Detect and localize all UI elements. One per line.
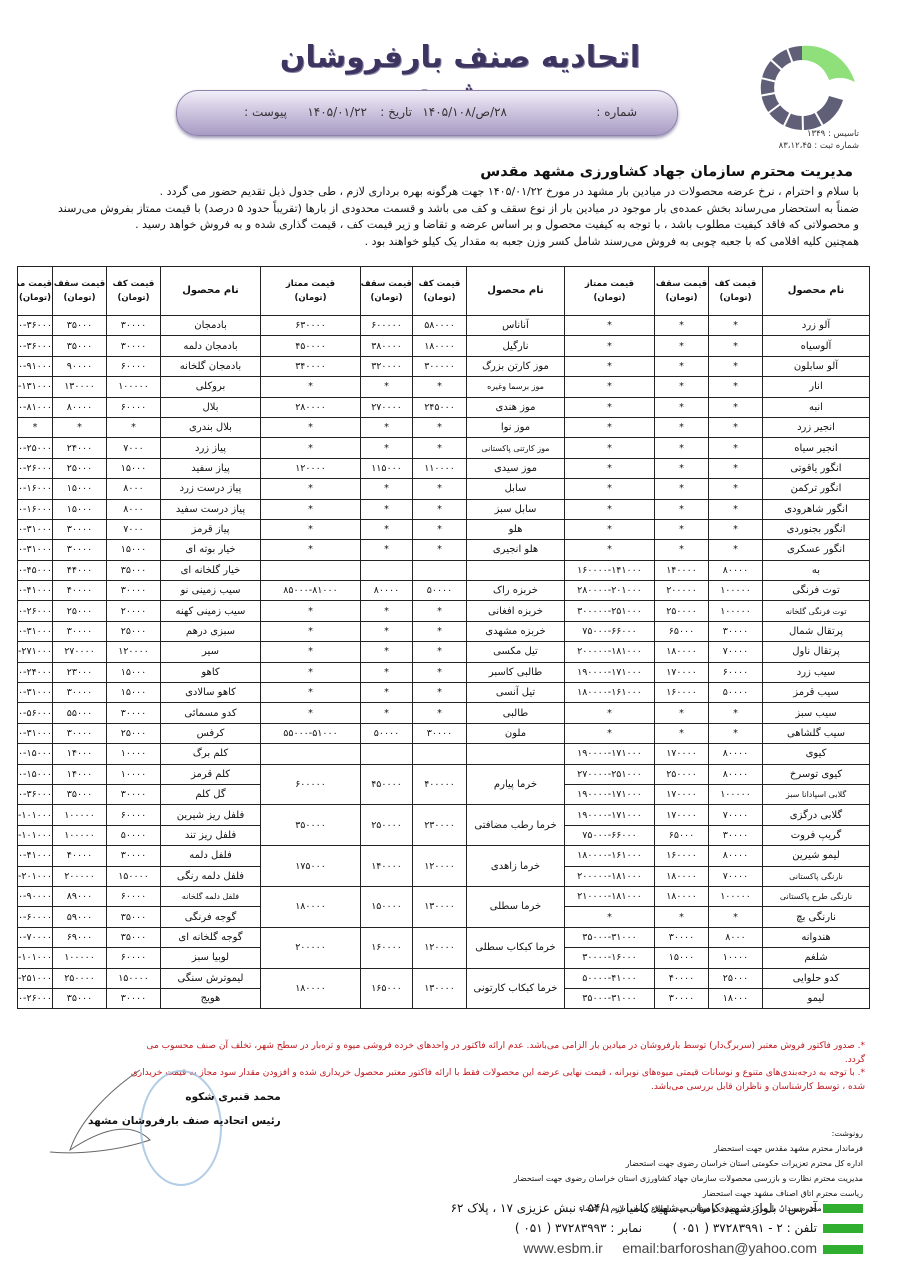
price-cell: ۵۰۰۰۰ [413,581,467,601]
price-cell: ۴۴۰۰۰ [53,560,107,580]
product-name: خرما رطب مضافتی [467,805,565,846]
price-cell: * [361,417,413,437]
price-cell: ۱۵۰۰۰ [655,948,709,968]
price-cell: ۱۷۵۰۰۰ [261,846,361,887]
price-cell: ۱۲۰۰۰۰ [413,927,467,968]
price-cell: ۳۰۰۰۰ [107,316,161,336]
price-cell: * [565,703,655,723]
table-row: گلابی درگزی۷۰۰۰۰۱۷۰۰۰۰۱۹۰۰۰۰-۱۷۱۰۰۰خرما … [18,805,870,825]
price-cell: ۳۵۰۰۰ [53,336,107,356]
price-cell: ۶۰۰۰۰ [107,948,161,968]
product-name: کدو مسمائی [161,703,261,723]
price-cell: * [709,540,763,560]
header-label: قیمت کف [419,279,461,289]
table-row: به۸۰۰۰۰۱۴۰۰۰۰۱۶۰۰۰۰-۱۴۱۰۰۰خیار گلخانه ای… [18,560,870,580]
price-cell: ۳۰۰۰۰-۱۶۰۰۰ [565,948,655,968]
date-label: تاریخ : [380,105,412,119]
price-cell: ۱۸۰۰۰-۱۵۰۰۰ [18,744,53,764]
price-cell: ۲۵۰۰۰ [709,968,763,988]
phone: تلفن : ۲ - ۳۷۲۸۳۹۹۱ ( ۰۵۱ ) [673,1221,817,1235]
price-cell: ۱۳۰۰۰۰ [413,968,467,1009]
price-cell: ۳۵۰۰۰-۳۱۰۰۰ [565,988,655,1008]
header-a-premium: قیمت ممتاز(تومان) [565,267,655,316]
website-link[interactable]: www.esbm.ir [523,1240,602,1256]
price-cell: ۷۰۰۰ [107,438,161,458]
header-unit: (تومان) [720,293,752,303]
price-cell: ۱۰۰۰۰۰ [709,601,763,621]
price-cell: * [565,907,655,927]
price-cell: * [361,601,413,621]
footnote: *. صدور فاکتور فروش معتبر (سربرگ‌دار) تو… [130,1040,865,1067]
price-cell: * [413,621,467,641]
header-unit: (تومان) [64,293,96,303]
price-cell: * [53,417,107,437]
price-cell: ۱۸۰۰۰-۱۵۰۰۰ [18,764,53,784]
price-cell: ۲۰۰۰۰-۱۶۰۰۰ [18,479,53,499]
price-cell: ۱۰۰۰۰۰ [709,886,763,906]
table-row: انار***موز برسما وغیره***بروکلی۱۰۰۰۰۰۱۳۰… [18,377,870,397]
product-name: گوجه گلخانه ای [161,927,261,947]
product-name: نارگیل [467,336,565,356]
price-cell: ۱۵۰۰۰۰ [107,866,161,886]
header-label: قیمت سقف [361,279,412,289]
product-name: انبه [763,397,870,417]
product-name: تیل آنسی [467,683,565,703]
price-cell: * [655,907,709,927]
product-name: آلو زرد [763,316,870,336]
price-cell: ۶۰۰۰۰ [107,886,161,906]
product-name: کدو حلوایی [763,968,870,988]
product-name: لوبیا سبز [161,948,261,968]
price-cell: * [413,540,467,560]
product-name: گل کلم [161,784,261,804]
price-cell: ۱۷۰۰۰۰ [655,662,709,682]
price-cell: ۳۰۰۰۰ [709,825,763,845]
price-cell: ۱۷۰۰۰۰ [655,744,709,764]
price-cell: ۱۹۰۰۰۰-۱۷۱۰۰۰ [565,784,655,804]
product-name: فلفل دلمه رنگی [161,866,261,886]
price-cell: * [655,336,709,356]
product-name: کرفس [161,723,261,743]
price-cell: ۱۸۰۰۰۰ [413,336,467,356]
price-cell: * [261,683,361,703]
product-name: سیب قرمز [763,683,870,703]
product-name: پیاز درست سفید [161,499,261,519]
price-cell: ۷۰۰۰۰ [709,805,763,825]
cc-item: مدیریت محترم نظارت و بازرسی محصولات سازم… [514,1171,863,1186]
price-cell: * [261,438,361,458]
recipient-line: مدیریت محترم سازمان جهاد کشاورزی مشهد مق… [480,164,853,180]
table-row: کیوی توسرخ۸۰۰۰۰۲۵۰۰۰۰۲۷۰۰۰۰-۲۵۱۰۰۰خرما پ… [18,764,870,784]
price-cell: ۱۷۰۰۰۰ [655,784,709,804]
table-row: سیب زرد۶۰۰۰۰۱۷۰۰۰۰۱۹۰۰۰۰-۱۷۱۰۰۰طالبی کاس… [18,662,870,682]
price-cell: ۲۰۰۰۰-۱۶۰۰۰ [18,499,53,519]
price-cell: * [413,377,467,397]
header-label: قیمت ممتاز [585,279,634,289]
price-cell: ۸۰۰۰ [107,499,161,519]
price-cell: * [709,356,763,376]
price-cell: ۱۰۰۰۰۰-۹۱۰۰۰ [18,356,53,376]
price-cell: ۴۰۰۰۰ [53,581,107,601]
product-name: سبزی درهم [161,621,261,641]
header-label: نام محصول [182,285,239,296]
product-name: کیوی توسرخ [763,764,870,784]
price-cell: ۲۸۰۰۰۰-۲۰۱۰۰۰ [565,581,655,601]
price-cell: ۳۵۰۰۰ [107,907,161,927]
price-cell: * [413,601,467,621]
header-c-premium: قیمت ممتاز(تومان) [18,267,53,316]
price-cell: * [709,336,763,356]
price-cell: * [107,417,161,437]
price-cell: ۴۵۰۰۰۰ [261,336,361,356]
price-cell: ۱۸۰۰۰۰ [261,968,361,1009]
header-unit: (تومان) [118,293,150,303]
product-name: انگور یاقوتی [763,458,870,478]
price-cell: ۴۵۰۰۰-۳۶۰۰۰ [18,336,53,356]
product-name: انجیر زرد [763,417,870,437]
price-cell: * [361,479,413,499]
price-cell: ۹۰۰۰۰-۸۱۰۰۰ [18,397,53,417]
header-unit: (تومان) [295,293,327,303]
product-name: فلفل ریز تند [161,825,261,845]
price-cell: * [565,377,655,397]
product-name: انگور ترکمن [763,479,870,499]
price-cell: * [655,703,709,723]
price-cell: ۶۰۰۰۰۰ [361,316,413,336]
price-cell: * [565,723,655,743]
price-cell: ۱۳۰۰۰۰ [413,886,467,927]
price-cell: ۱۶۰۰۰۰-۱۴۱۰۰۰ [565,560,655,580]
table-row: پرتقال شمال۳۰۰۰۰۶۵۰۰۰۷۵۰۰۰-۶۶۰۰۰خربزه مش… [18,621,870,641]
product-name: پیاز قرمز [161,519,261,539]
price-cell: * [565,417,655,437]
price-cell: ۱۶۰۰۰۰ [361,927,413,968]
signature-block: محمد قنبری شکوه رئیس اتحادیه صنف بارفروش… [88,1085,281,1133]
price-cell: * [261,540,361,560]
product-name: خربزه افغانی [467,601,565,621]
price-cell: ۵۰۰۰۰ [361,723,413,743]
price-cell: * [565,316,655,336]
price-cell: ۸۵۰۰۰-۷۰۰۰۰ [18,927,53,947]
price-cell: ۸۰۰۰۰ [709,846,763,866]
price-cell: ۳۰۰۰۰-۲۴۰۰۰ [18,662,53,682]
product-name: فلفل دلمه [161,846,261,866]
price-cell: ۲۵۰۰۰ [53,458,107,478]
price-cell: ۷۰۰۰۰ [709,642,763,662]
price-cell: * [413,519,467,539]
product-name: پیاز زرد [161,438,261,458]
price-cell: ۲۸۰۰۰۰ [261,397,361,417]
price-cell: ۱۹۰۰۰۰-۱۷۱۰۰۰ [565,744,655,764]
product-name: طالبی کاسبر [467,662,565,682]
price-cell: ۱۴۰۰۰ [53,744,107,764]
price-cell: ۱۱۰۰۰۰ [413,458,467,478]
price-cell: * [413,703,467,723]
table-row: سیب قرمز۵۰۰۰۰۱۶۰۰۰۰۱۸۰۰۰۰-۱۶۱۰۰۰تیل آنسی… [18,683,870,703]
price-cell: ۱۵۰۰۰ [107,683,161,703]
table-row: انگور یاقوتی***موز سیدی۱۱۰۰۰۰۱۱۵۰۰۰۱۲۰۰۰… [18,458,870,478]
product-name: تیل مکسی [467,642,565,662]
price-cell: ۶۰۰۰۰ [107,397,161,417]
price-cell: ۱۶۵۰۰۰ [361,968,413,1009]
price-cell: ۱۰۰۰۰۰ [53,825,107,845]
price-cell: * [261,642,361,662]
price-cell: ۱۴۰۰۰ [53,764,107,784]
product-name: لیمو [763,988,870,1008]
price-cell: ۲۷۰۰۰۰ [361,397,413,417]
price-cell: ۲۴۰۰۰ [53,438,107,458]
contact-block: آدرس : بلوار شهید کامیاب، شهید کامیاب ۵۴… [451,1198,863,1258]
price-cell: * [655,723,709,743]
price-cell: ۱۳۰۰۰۰ [53,377,107,397]
price-cell: ۳۵۰۰۰ [53,316,107,336]
price-cell: ۱۸۰۰۰ [709,988,763,1008]
price-cell: * [413,417,467,437]
price-cell: * [709,479,763,499]
price-cell: ۱۵۰۰۰ [107,458,161,478]
price-cell: ۱۱۵۰۰۰ [361,458,413,478]
product-name: موز کارتنی پاکستانی [467,438,565,458]
price-cell: ۳۵۰۰۰-۳۱۰۰۰ [565,927,655,947]
table-row: انگور بجنوردی***هلو***پیاز قرمز۷۰۰۰۳۰۰۰۰… [18,519,870,539]
price-cell: ۴۰۰۰۰۰ [413,764,467,805]
price-cell: ۱۵۰۰۰ [107,662,161,682]
price-cell [413,560,467,580]
price-cell: ۸۰۰۰ [107,479,161,499]
price-cell: ۲۵۰۰۰۰ [361,805,413,846]
price-cell: ۲۵۰۰۰۰ [655,764,709,784]
price-cell: * [655,438,709,458]
price-cell: ۳۰۰۰۰ [107,846,161,866]
table-row: توت فرنگی۱۰۰۰۰۰۲۰۰۰۰۰۲۸۰۰۰۰-۲۰۱۰۰۰خربزه … [18,581,870,601]
product-name: هویج [161,988,261,1008]
price-cell: ۳۵۰۰۰-۳۱۰۰۰ [18,683,53,703]
price-cell: * [655,540,709,560]
price-cell: ۲۰۰۰۰۰ [261,927,361,968]
price-cell: * [413,438,467,458]
product-name: موز کارتن بزرگ [467,356,565,376]
price-cell: ۲۸۰۰۰-۲۶۰۰۰ [18,988,53,1008]
price-cell: * [261,417,361,437]
product-name: موز سیدی [467,458,565,478]
price-cell: ۵۵۰۰۰-۵۱۰۰۰ [261,723,361,743]
price-cell: ۲۰۰۰۰۰-۱۰۱۰۰۰ [18,805,53,825]
price-cell: * [565,397,655,417]
header-unit: (تومان) [594,293,626,303]
price-cell: ۳۰۰۰۰-۲۶۰۰۰ [18,601,53,621]
cc-label: رونوشت: [514,1126,863,1141]
price-cell: * [413,499,467,519]
product-name: پیاز سفید [161,458,261,478]
price-cell: ۳۰۰۰۰ [53,540,107,560]
header-c-name: نام محصول [161,267,261,316]
header-unit: (تومان) [424,293,456,303]
price-cell: ۲۷۰۰۰۰-۲۵۱۰۰۰ [565,764,655,784]
price-cell: ۲۷۰۰۰۰ [53,642,107,662]
price-cell: ۱۰۰۰۰ [107,744,161,764]
product-name: ملون [467,723,565,743]
reference-bar: شماره : ۲۸/ص/۱۴۰۵/۱۰۸ تاریخ : ۱۴۰۵/۰۱/۲۲… [176,90,678,136]
header-label: قیمت سقف [656,279,707,289]
price-cell: ۴۷۰۰۰-۴۱۰۰۰ [18,581,53,601]
price-cell: ۲۰۰۰۰۰-۱۰۱۰۰۰ [18,825,53,845]
price-cell: * [709,907,763,927]
web-row: www.esbm.ir email:barforoshan@yahoo.com [451,1238,863,1258]
product-name: گلابی درگزی [763,805,870,825]
price-cell: ۱۰۰۰۰۰ [709,581,763,601]
price-cell: ۱۵۰۰۰۰-۱۳۱۰۰۰ [18,377,53,397]
price-cell: ۳۰۰۰۰ [107,703,161,723]
price-cell: ۴۵۰۰۰-۳۶۰۰۰ [18,784,53,804]
price-cell: ۱۲۰۰۰۰ [413,846,467,887]
price-cell: ۳۰۰۰۰ [53,683,107,703]
price-cell: ۶۵۰۰۰ [655,825,709,845]
table-row: آلو سابلون***موز کارتن بزرگ۳۰۰۰۰۰۳۲۰۰۰۰۳… [18,356,870,376]
date-value: ۱۴۰۵/۰۱/۲۲ [307,105,367,119]
price-cell: ۳۵۰۰۰-۳۱۰۰۰ [18,540,53,560]
product-name [467,560,565,580]
price-cell: ۷۰۰۰ [107,519,161,539]
price-cell: ۳۰۰۰۰ [53,723,107,743]
paragraph: ضمناً به استحضار می‌رساند بخش عمده‌ی بار… [58,201,859,234]
header-b-name: نام محصول [467,267,565,316]
email-link[interactable]: email:barforoshan@yahoo.com [622,1240,817,1256]
price-cell: ۵۰۰۰۰ [107,825,161,845]
table-row: سیب گلشاهی***ملون۳۰۰۰۰۵۰۰۰۰۵۵۰۰۰-۵۱۰۰۰کر… [18,723,870,743]
product-name: خرما کبکاب کارتونی [467,968,565,1009]
price-cell: ۳۵۰۰۰۰ [261,805,361,846]
price-cell: ۶۵۰۰۰ [655,621,709,641]
product-name: لیموترش سنگی [161,968,261,988]
header-label: قیمت کف [715,279,757,289]
product-name: توت فرنگی [763,581,870,601]
price-cell: ۳۰۰۰۰۰-۲۷۱۰۰۰ [18,642,53,662]
price-cell: ۱۸۰۰۰۰ [261,886,361,927]
price-cell: ۴۵۰۰۰۰ [361,764,413,805]
product-name: سابل سبز [467,499,565,519]
header-b-premium: قیمت ممتاز(تومان) [261,267,361,316]
table-row: انگور شاهرودی***سابل سبز***پیاز درست سفی… [18,499,870,519]
price-cell: ۱۰۰۰۰۰ [709,784,763,804]
price-cell: ۸۰۰۰ [709,927,763,947]
product-name: به [763,560,870,580]
product-name: آلو سابلون [763,356,870,376]
product-name: گریپ فروت [763,825,870,845]
product-name: سیب زمینی نو [161,581,261,601]
price-cell: ۵۰۰۰۰-۴۱۰۰۰ [18,846,53,866]
phone-row: تلفن : ۲ - ۳۷۲۸۳۹۹۱ ( ۰۵۱ ) نمابر : ۳۷۲۸… [451,1218,863,1238]
product-name: انگور عسکری [763,540,870,560]
header-b-ceiling: قیمت سقف(تومان) [361,267,413,316]
cc-item: فرماندار محترم مشهد مقدس جهت استحضار [514,1141,863,1156]
header-a-ceiling: قیمت سقف(تومان) [655,267,709,316]
price-cell: ۳۰۰۰۰ [107,581,161,601]
product-name: کلم قرمز [161,764,261,784]
price-cell: * [565,499,655,519]
price-cell: ۱۰۰۰۰۰ [53,805,107,825]
address: آدرس : بلوار شهید کامیاب، شهید کامیاب ۵۴… [451,1201,817,1215]
header-label: قیمت ممتاز [18,279,53,289]
price-cell: ۳۵۰۰۰ [53,988,107,1008]
price-cell: ۳۰۰۰۰ [709,621,763,641]
price-cell: ۸۰۰۰۰ [709,764,763,784]
product-name: بلال بندری [161,417,261,437]
price-cell: * [361,540,413,560]
header-label: نام محصول [487,285,544,296]
header-c-ceiling: قیمت سقف(تومان) [53,267,107,316]
price-cell: ۲۵۰۰۰ [53,601,107,621]
price-cell: * [655,499,709,519]
header-a-name: نام محصول [763,267,870,316]
price-cell: ۳۵۰۰۰ [107,560,161,580]
price-cell: * [565,519,655,539]
header-label: قیمت سقف [54,279,105,289]
product-name: سیر [161,642,261,662]
price-cell: ۴۰۰۰۰ [655,968,709,988]
price-cell: ۸۵۰۰۰-۸۱۰۰۰ [261,581,361,601]
table-row: کدو حلوایی۲۵۰۰۰۴۰۰۰۰۵۰۰۰۰-۴۱۰۰۰خرما کبکا… [18,968,870,988]
price-cell: * [709,438,763,458]
price-cell: ۲۵۰۰۰۰ [655,601,709,621]
price-cell: ۳۵۰۰۰ [107,927,161,947]
product-name: شلغم [763,948,870,968]
table-row: آلوسیاه***نارگیل۱۸۰۰۰۰۳۸۰۰۰۰۴۵۰۰۰۰بادمجا… [18,336,870,356]
price-cell: * [413,683,467,703]
price-cell: * [709,723,763,743]
product-name: بادمجان دلمه [161,336,261,356]
green-bar-icon [823,1245,863,1254]
product-name: انگور بجنوردی [763,519,870,539]
price-cell: ۱۸۰۰۰۰-۱۶۱۰۰۰ [565,683,655,703]
price-cell: * [261,377,361,397]
price-cell: ۲۲۰۰۰۰-۲۰۱۰۰۰ [18,866,53,886]
product-name: خرما پیارم [467,764,565,805]
price-cell: ۳۰۰۰۰۰ [413,356,467,376]
price-cell: * [709,397,763,417]
price-cell: * [361,703,413,723]
product-name: انار [763,377,870,397]
cc-item: اداره کل محترم تعزیرات حکومتی استان خراس… [514,1156,863,1171]
ref-number-label: شماره : [596,105,637,119]
price-cell: ۳۰۰۰۰ [107,336,161,356]
price-cell: ۸۰۰۰۰ [361,581,413,601]
price-cell: * [655,479,709,499]
price-cell: * [361,519,413,539]
price-cell: ۳۵۰۰۰ [53,784,107,804]
product-name: کیوی [763,744,870,764]
price-cell: * [261,479,361,499]
price-cell: * [709,417,763,437]
price-cell: ۱۶۰۰۰۰ [655,846,709,866]
price-cell: ۳۵۰۰۰-۳۱۰۰۰ [18,519,53,539]
header-label: نام محصول [788,285,845,296]
price-cell: * [655,397,709,417]
price-cell: ۱۰۰۰۰۰ [53,948,107,968]
table-row: انگور ترکمن***سابل***پیاز درست زرد۸۰۰۰۱۵… [18,479,870,499]
product-name: کاهو [161,662,261,682]
price-cell: ۶۰۰۰۰ [107,356,161,376]
product-name: خرما زاهدی [467,846,565,887]
price-cell: ۷۵۰۰۰-۶۶۰۰۰ [565,825,655,845]
product-name: آناناس [467,316,565,336]
price-cell: ۲۰۰۰۰ [107,601,161,621]
price-cell: ۵۵۰۰۰ [53,703,107,723]
price-cell: ۳۲۰۰۰۰ [361,356,413,376]
table-row: پرتقال ناول۷۰۰۰۰۱۸۰۰۰۰۲۰۰۰۰۰-۱۸۱۰۰۰تیل م… [18,642,870,662]
price-cell: ۶۰۰۰۰ [107,805,161,825]
product-name: آلوسیاه [763,336,870,356]
price-cell: ۱۰۰۰۰ [107,764,161,784]
